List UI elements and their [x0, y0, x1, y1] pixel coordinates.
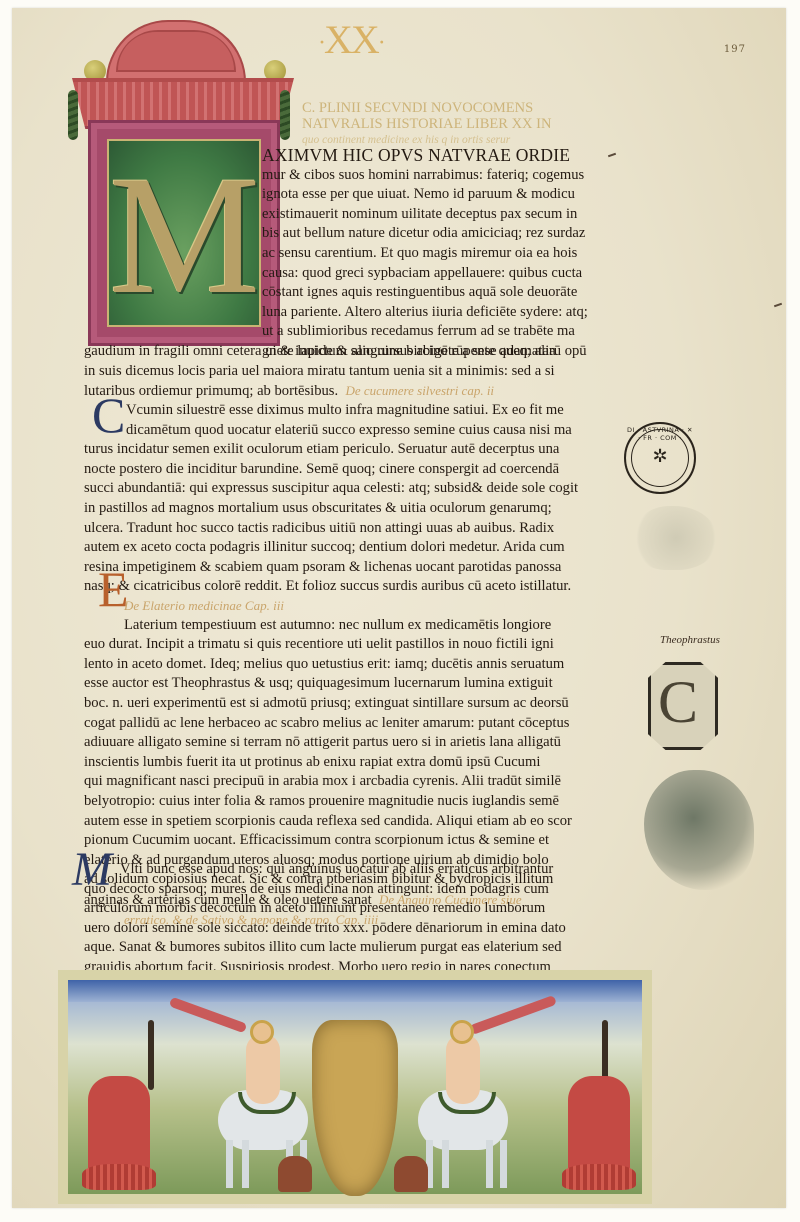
aedicula-arch	[106, 20, 246, 82]
thistle-emblem-icon: ✲	[648, 446, 672, 468]
book-heading: C. PLINII SECVNDI NOVOCOMENS NATVRALIS H…	[302, 100, 551, 148]
helmet-icon	[278, 1156, 312, 1192]
rubric-chapter-2: De cucumere silvestri cap. ii	[345, 383, 494, 398]
heading-line-1: C. PLINII SECVNDI NOVOCOMENS	[302, 100, 551, 116]
text-line: resina impetiginem & scabiem quam psoram…	[84, 558, 578, 578]
text-line: euo durat. Incipit a trimatu si quis rec…	[84, 635, 572, 655]
text-line: luna pariente. Altero alterius iiuria de…	[262, 303, 588, 323]
text-line: ignota esse per que uiuat. Nemo id paruu…	[262, 185, 588, 205]
text-line: Vcumin siluestrē esse diximus multo infr…	[84, 401, 578, 421]
illuminated-initial-frame: M	[58, 20, 294, 342]
text-line: boc. n. ueri experimentū est si admotū p…	[84, 694, 572, 714]
margin-tick	[608, 153, 616, 158]
text-line: uero dolori semine sole siccato: deinde …	[84, 919, 566, 939]
text-line: lento in aceto domet. Ideq; melius quo u…	[84, 655, 572, 675]
text-line: autem ex aceto cocta podagris illinitur …	[84, 538, 578, 558]
text-line: aque. Sanat & bumores subitos illito cum…	[84, 938, 566, 958]
armor-trophy-left	[88, 1076, 150, 1186]
text-line: nocte postero die inciditur barundine. S…	[84, 460, 578, 480]
text-line: ut a sublimioribus recedamus ferrum ad s…	[262, 322, 588, 342]
heading-line-2: NATVRALIS HISTORIAE LIBER XX IN	[302, 116, 551, 132]
library-stamp: DI · ASTVRINA · ✕ · FR · COM · ✲	[624, 422, 696, 494]
text-line: succi abundantiā: qui expressus suscipit…	[84, 479, 578, 499]
initial-panel-frame: M	[88, 120, 280, 346]
text-line: bis aut bellum nature dicetur odia amici…	[262, 224, 588, 244]
text-section-2: Vcumin siluestrē esse diximus multo infr…	[84, 401, 578, 597]
garland-right-icon	[280, 90, 290, 140]
text-line: mur & cibos suos homini narrabimus: fate…	[262, 166, 588, 186]
folio-number: 197	[724, 44, 746, 55]
text-line: causa: quod greci sypbaciam appellauere:…	[262, 264, 588, 284]
text-line: esse auctor est Theophrastus & usq; quiq…	[84, 674, 572, 694]
rubric-chapter-3: De Elaterio medicinae Cap. iii	[124, 598, 284, 613]
manuscript-page: XX 197 M C. PLINII SECVNDI NOVOCOMENS NA…	[12, 8, 786, 1208]
text-section-1-end: gaudium in fragili omni cetera ui & inui…	[84, 342, 556, 401]
text-line: pionum Cucumim uocant. Efficacissimum co…	[84, 831, 572, 851]
text-section-4: Vlti bunc esse apud nos: qui anguinus uo…	[84, 860, 566, 978]
bottom-miniature-painting	[58, 970, 652, 1204]
text-line: existimauerit nominum uilitate deceptus …	[262, 205, 588, 225]
text-line: qui magnificant nasci precipuū in arabia…	[84, 772, 572, 792]
text-line: inscientis lumbis fuerit ita ut protinus…	[84, 753, 572, 773]
text-line: Laterium tempestiuum est autumno: nec nu…	[84, 616, 572, 636]
text-line: quo decocto sparsoq; mures de eius medic…	[84, 880, 566, 900]
text-line: gaudium in fragili omni cetera ui & inui…	[84, 342, 556, 362]
marginal-note: Theophrastus	[660, 634, 720, 646]
text-line: cogat pallidū ac lene herbaceo ac scabro…	[84, 714, 572, 734]
gold-shield	[312, 1020, 398, 1196]
book-numeral: XX	[318, 16, 384, 63]
text-line: articulorum morbis decoctum in aceto ill…	[84, 899, 566, 919]
text-beside-initial: AXIMVM HIC OPVS NATVRAE ORDIE mur & cibo…	[262, 146, 588, 362]
stain-mark	[634, 506, 718, 570]
text-line: Vlti bunc esse apud nos: qui anguinus uo…	[84, 860, 566, 880]
helmet-icon	[394, 1156, 428, 1192]
garland-left-icon	[68, 90, 78, 140]
octagon-letter: C	[658, 670, 698, 734]
illuminated-initial-letter: M	[107, 139, 261, 327]
text-line: turus incidatur semen exilit oculorum et…	[84, 440, 578, 460]
staff-icon	[148, 1020, 154, 1090]
text-line: ulcera. Tradunt hoc succo tactis radicib…	[84, 519, 578, 539]
stamp-text: DI · ASTVRINA · ✕ · FR · COM ·	[626, 426, 694, 442]
margin-tick	[774, 303, 782, 308]
text-line: cōstant ignes aquis restinguentibus aquā…	[262, 283, 588, 303]
text-line: adiuuare alligato semine si terram nō at…	[84, 733, 572, 753]
text-line: autem esse in spetiem scorpionis cauda r…	[84, 812, 572, 832]
armor-trophy-right	[568, 1076, 630, 1186]
text-line: nasq; & cicatricibus colorē reddit. Et f…	[84, 577, 578, 597]
miniature-sky	[68, 980, 642, 1002]
text-line: belyotropio: cuius inter folia & ramos p…	[84, 792, 572, 812]
text-line: ac sensu carentium. Et quo magis miremur…	[262, 244, 588, 264]
text-line: dicamētum quod uocatur elateriū succo ex…	[84, 421, 578, 441]
incipit-line: AXIMVM HIC OPVS NATVRAE ORDIE	[262, 146, 588, 166]
text-line: in pastillos ad magnos mortalium usus ob…	[84, 499, 578, 519]
ink-stain	[644, 770, 754, 890]
text-line: in suis dicemus locis paria uel maiora m…	[84, 362, 556, 382]
